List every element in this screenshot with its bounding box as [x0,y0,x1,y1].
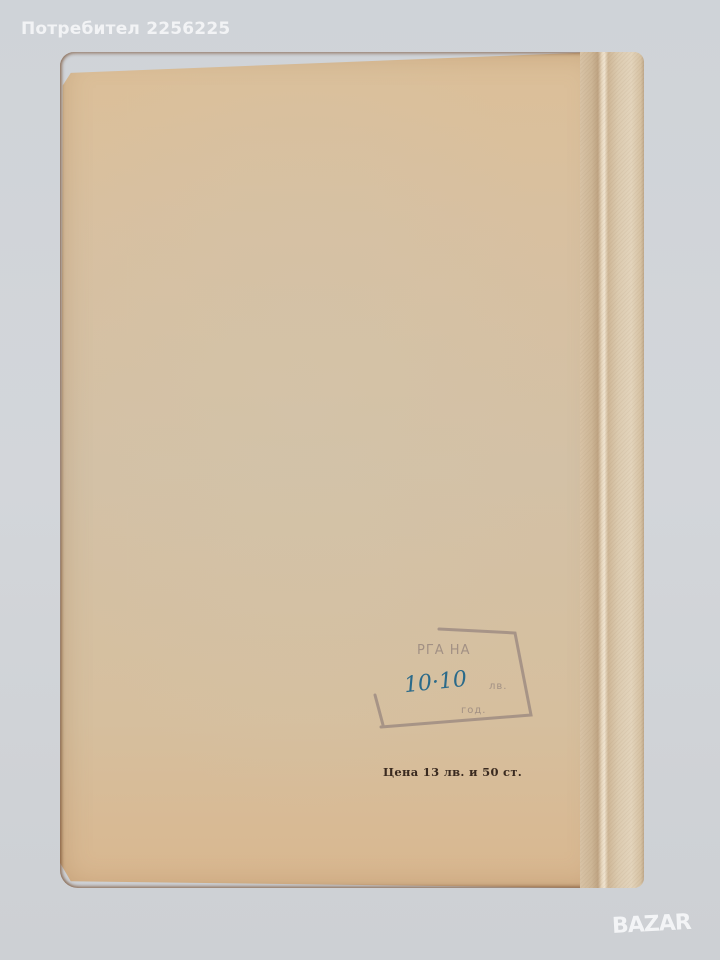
stamp-currency: лв. [489,681,507,692]
bazar-logo: BAZAR [611,910,691,939]
book-spine [580,52,644,888]
stamp-title: РГА НА [417,643,470,658]
stamp-year: год. [461,705,486,716]
user-watermark: Потребител 2256225 [21,19,230,39]
book-back-cover: РГА НА лв. год. 10·10 Цена 13 лв. и 50 с… [60,52,644,888]
cover-panel [60,52,600,888]
printed-price: Цена 13 лв. и 50 ст. [383,765,522,779]
